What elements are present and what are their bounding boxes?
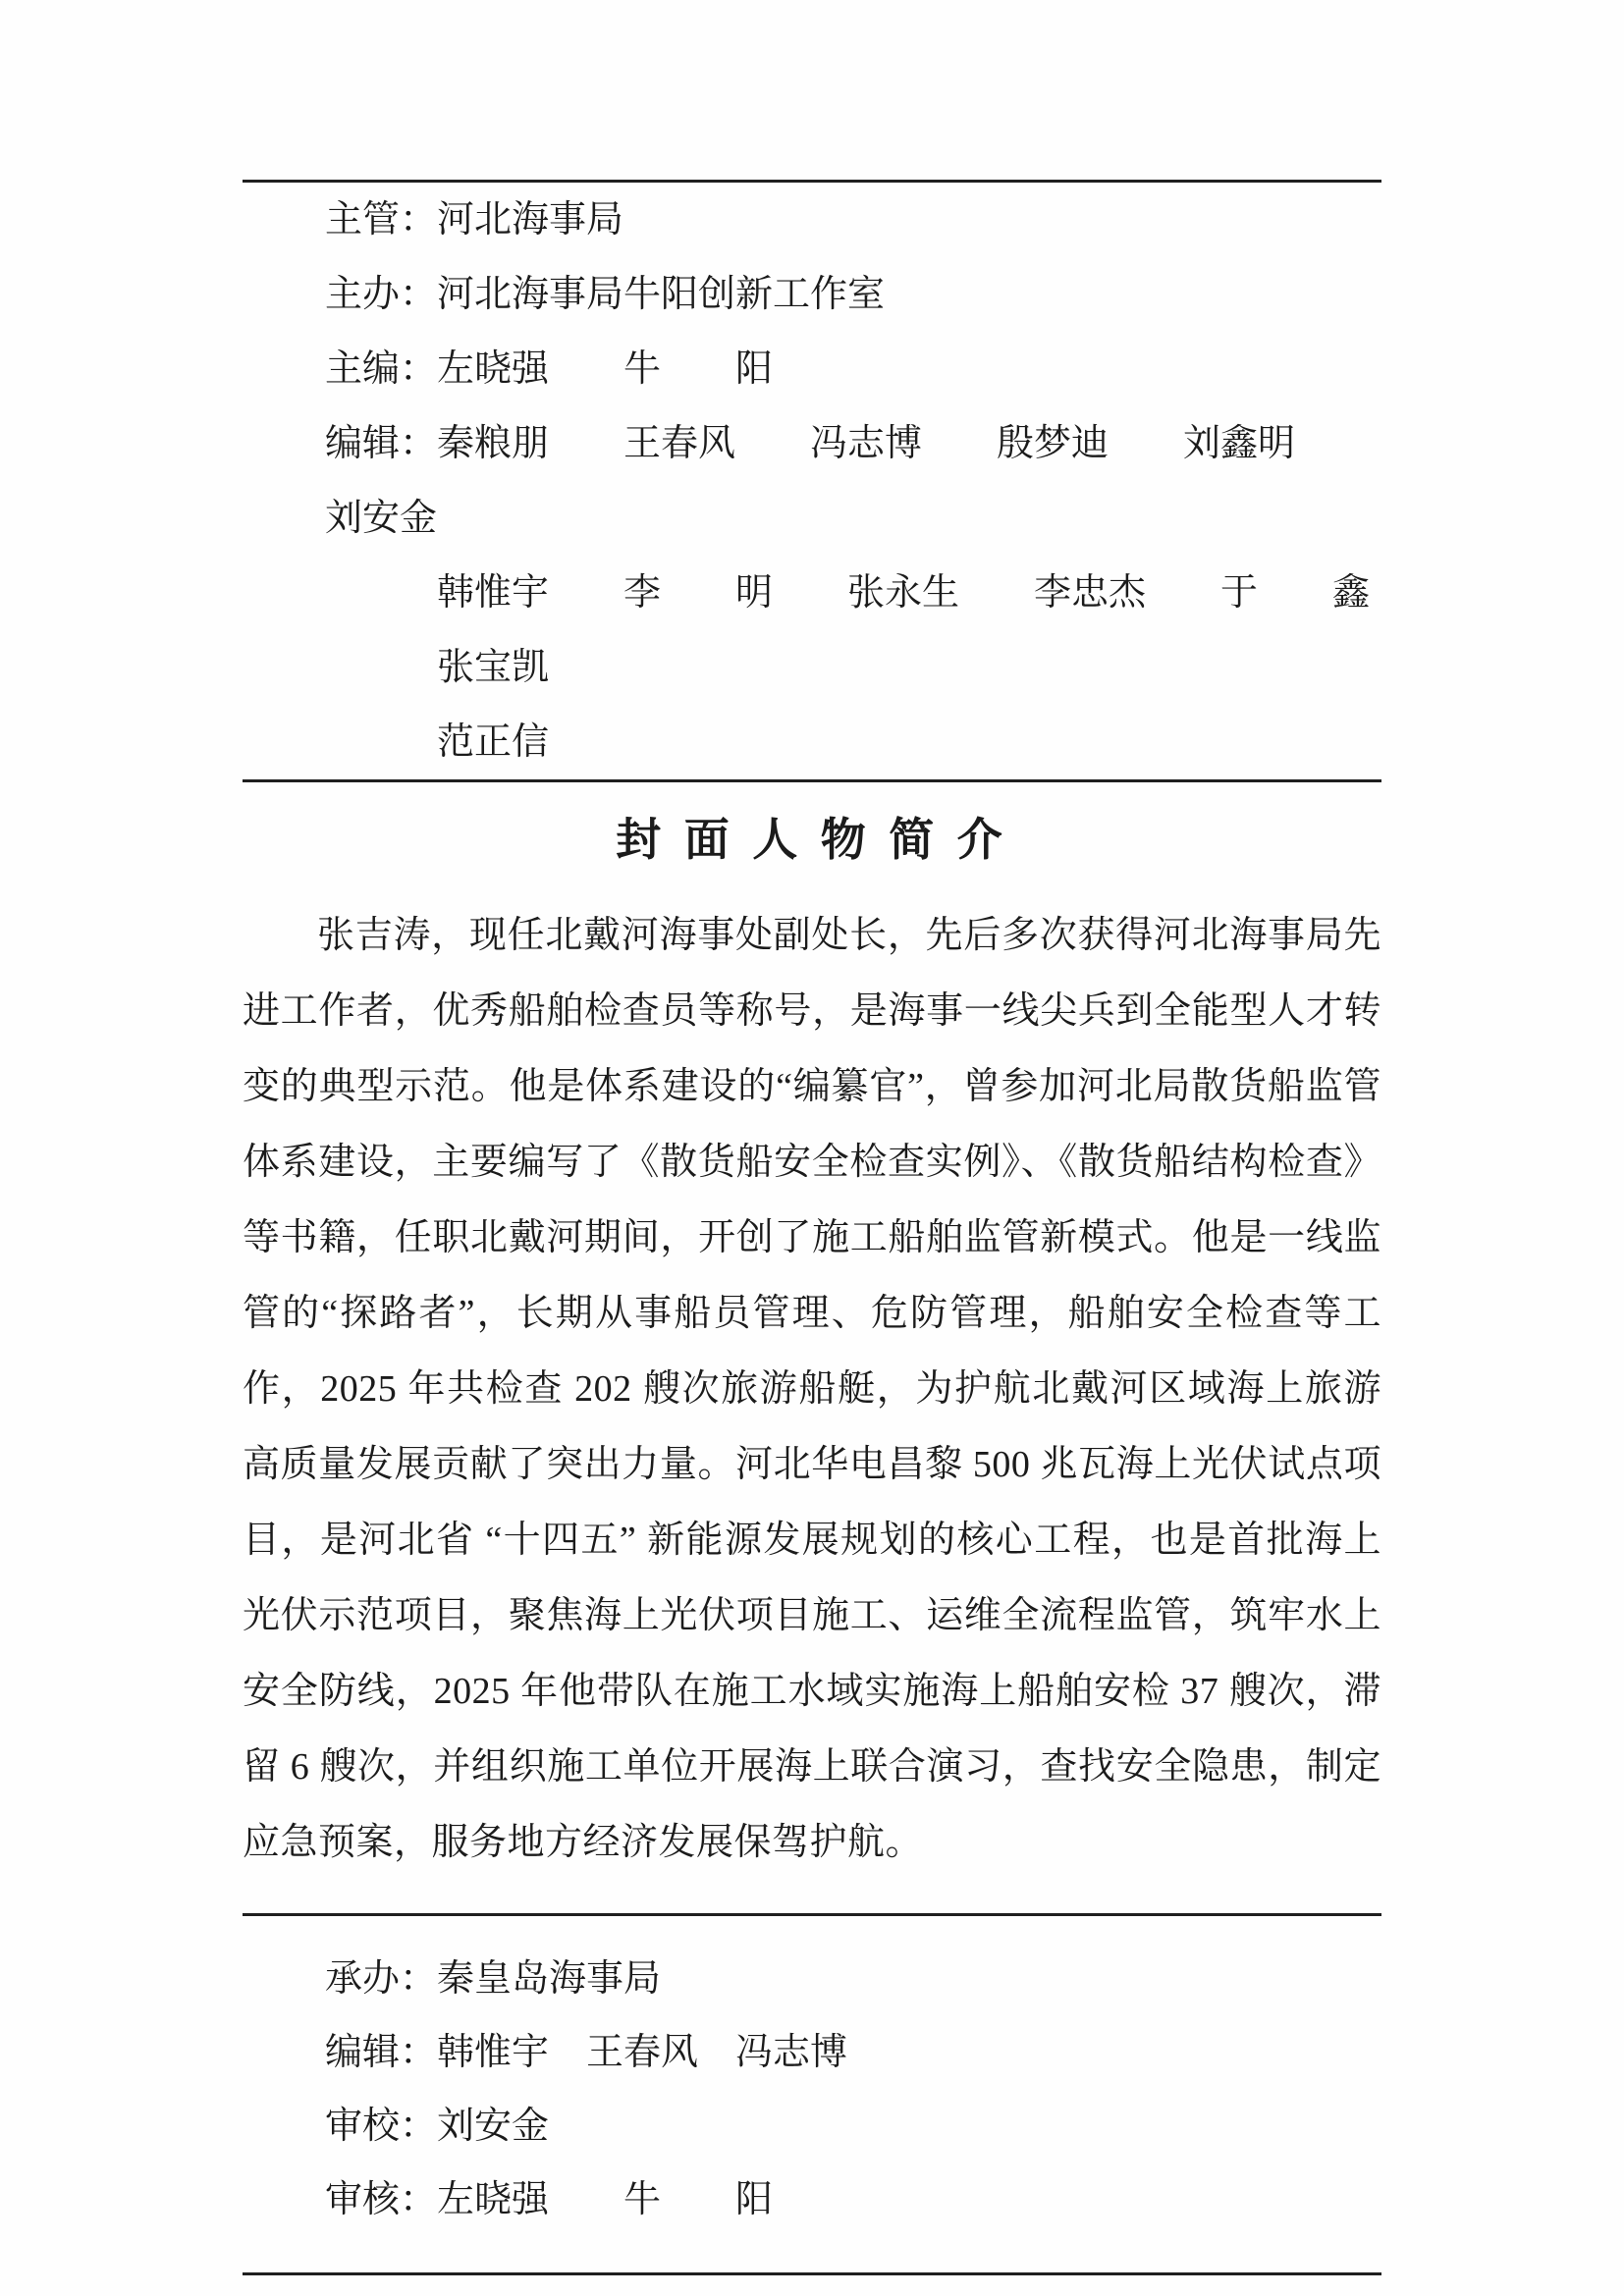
chief-editor-row: 主编：左晓强 牛 阳 [243,332,1381,406]
divider-bottom [243,2272,1381,2275]
organizer-row: 主办：河北海事局牛阳创新工作室 [243,257,1381,332]
footer-editors-label: 编辑： [325,2032,437,2073]
supervisor-label: 主管： [325,199,437,240]
document-page: 主管：河北海事局 主办：河北海事局牛阳创新工作室 主编：左晓强 牛 阳 编辑：秦… [0,0,1624,2296]
divider-before-footer [243,1913,1381,1916]
masthead-block: 主管：河北海事局 主办：河北海事局牛阳创新工作室 主编：左晓强 牛 阳 编辑：秦… [243,183,1381,779]
editors-value-line3: 范正信 [437,721,549,763]
footer-editors-value: 韩惟宇 王春风 冯志博 [437,2032,847,2073]
supervisor-row: 主管：河北海事局 [243,183,1381,257]
editors-value-line1: 秦粮朋 王春风 冯志博 殷梦迪 刘鑫明 刘安金 [325,423,1370,539]
editors-row-cont-2: 范正信 [243,705,1381,779]
chief-editor-label: 主编： [325,348,437,390]
supervisor-value: 河北海事局 [437,199,623,240]
editors-row-cont-1: 韩惟宇 李 明 张永生 李忠杰 于 鑫 张宝凯 [243,556,1381,705]
undertaker-row: 承办：秦皇岛海事局 [243,1943,1381,2016]
chief-editor-value: 左晓强 牛 阳 [437,348,773,390]
undertaker-label: 承办： [325,1958,437,2000]
reviewer-label: 审核： [325,2179,437,2220]
reviewer-value: 左晓强 牛 阳 [437,2179,773,2220]
proofreader-label: 审校： [325,2106,437,2147]
reviewer-row: 审核：左晓强 牛 阳 [243,2163,1381,2237]
editors-row: 编辑：秦粮朋 王春风 冯志博 殷梦迪 刘鑫明 刘安金 [243,406,1381,556]
editors-label: 编辑： [325,423,437,464]
organizer-value: 河北海事局牛阳创新工作室 [437,274,885,315]
cover-person-intro-title: 封 面 人 物 简 介 [243,782,1381,898]
profile-paragraph: 张吉涛，现任北戴河海事处副处长，先后多次获得河北海事局先进工作者，优秀船舶检查员… [243,898,1381,1881]
proofreader-value: 刘安金 [437,2106,549,2147]
editors-value-line2: 韩惟宇 李 明 张永生 李忠杰 于 鑫 张宝凯 [437,572,1444,688]
content-column: 主管：河北海事局 主办：河北海事局牛阳创新工作室 主编：左晓强 牛 阳 编辑：秦… [243,180,1381,2275]
organizer-label: 主办： [325,274,437,315]
undertaker-value: 秦皇岛海事局 [437,1958,661,2000]
footer-editors-row: 编辑：韩惟宇 王春风 冯志博 [243,2016,1381,2090]
footer-block: 承办：秦皇岛海事局 编辑：韩惟宇 王春风 冯志博 审校：刘安金 审核：左晓强 牛… [243,1943,1381,2237]
proofreader-row: 审校：刘安金 [243,2090,1381,2163]
